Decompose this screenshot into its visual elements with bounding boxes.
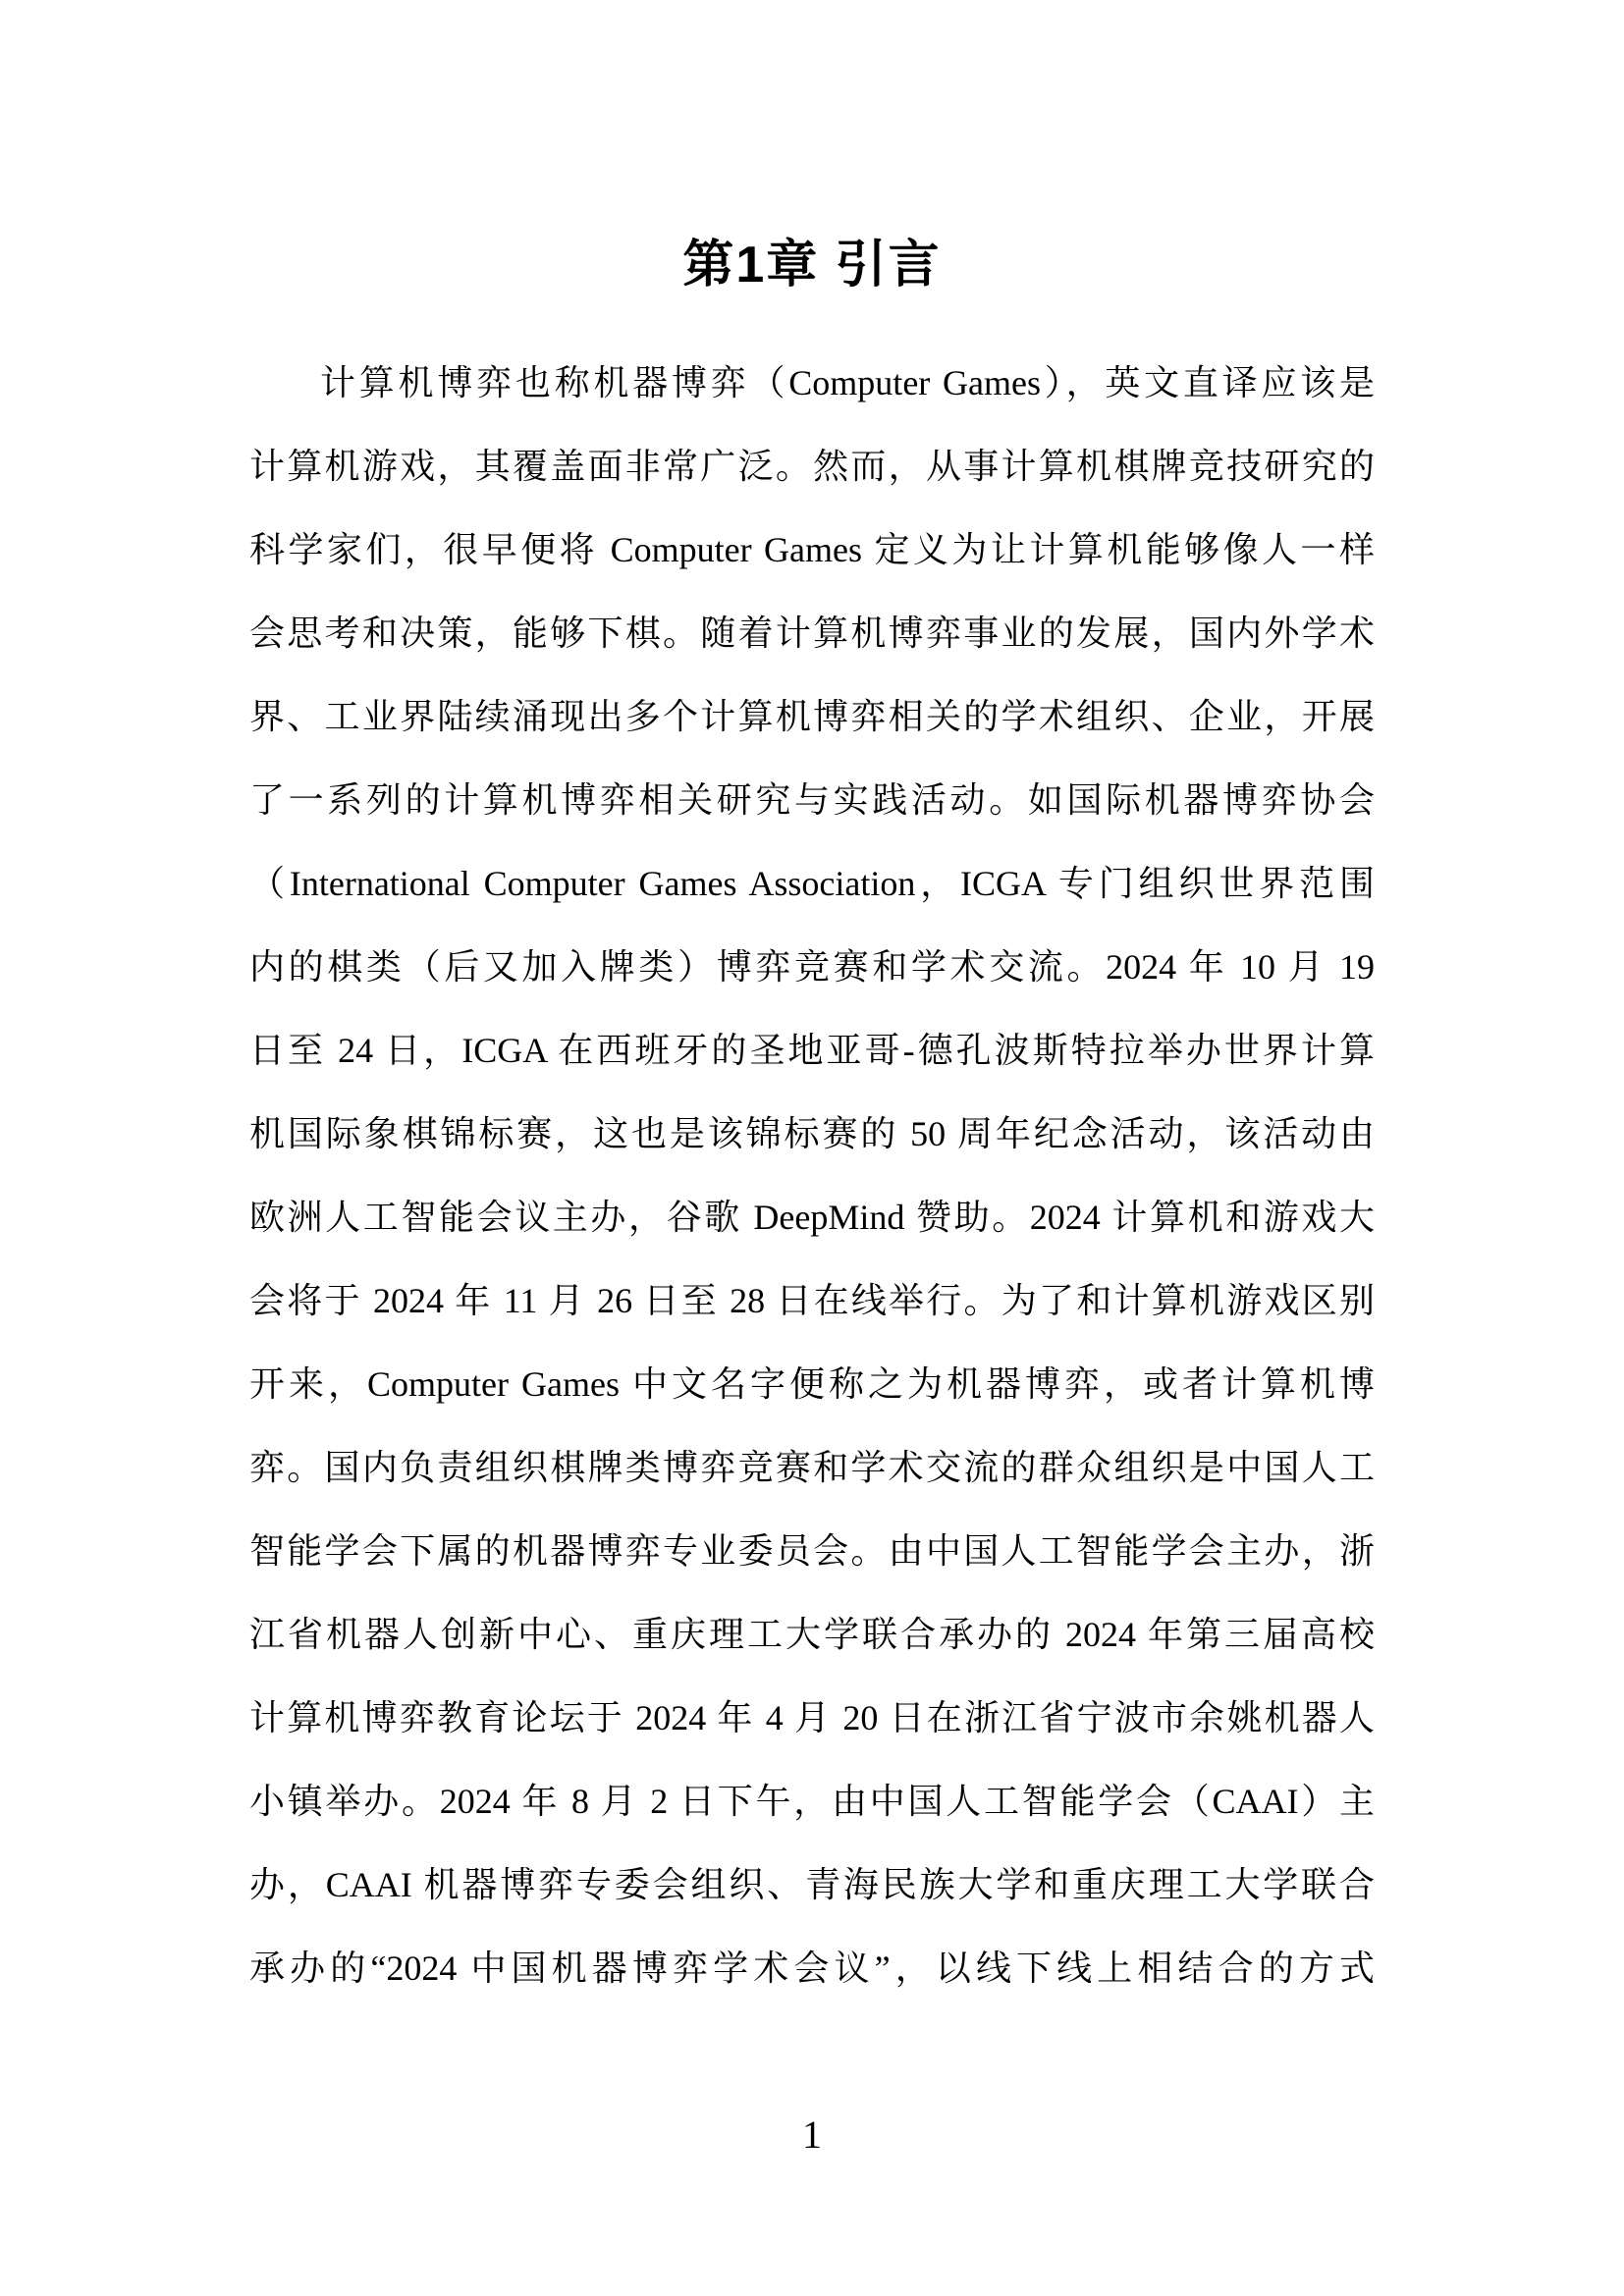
- text-line: 小镇举办。2024 年 8 月 2 日下午，由中国人工智能学会（CAAI）主: [249, 1760, 1375, 1843]
- body-paragraph: 计算机博弈也称机器博弈（Computer Games），英文直译应该是计算机游戏…: [249, 342, 1375, 2010]
- text-line: 计算机博弈也称机器博弈（Computer Games），英文直译应该是: [249, 342, 1375, 425]
- text-line: 会将于 2024 年 11 月 26 日至 28 日在线举行。为了和计算机游戏区…: [249, 1259, 1375, 1343]
- document-page: 第1章 引言 计算机博弈也称机器博弈（Computer Games），英文直译应…: [0, 0, 1624, 2296]
- text-line: 智能学会下属的机器博弈专业委员会。由中国人工智能学会主办，浙: [249, 1510, 1375, 1593]
- text-line: 计算机博弈教育论坛于 2024 年 4 月 20 日在浙江省宁波市余姚机器人: [249, 1677, 1375, 1760]
- text-line: 承办的“2024 中国机器博弈学术会议”，以线下线上相结合的方式: [249, 1927, 1375, 2010]
- text-line: 科学家们，很早便将 Computer Games 定义为让计算机能够像人一样: [249, 508, 1375, 592]
- text-line: 机国际象棋锦标赛，这也是该锦标赛的 50 周年纪念活动，该活动由: [249, 1093, 1375, 1176]
- page-number: 1: [0, 2106, 1624, 2164]
- text-line: （International Computer Games Associatio…: [249, 842, 1375, 926]
- text-line: 开来，Computer Games 中文名字便称之为机器博弈，或者计算机博: [249, 1343, 1375, 1426]
- text-line: 计算机游戏，其覆盖面非常广泛。然而，从事计算机棋牌竞技研究的: [249, 425, 1375, 508]
- text-line: 弈。国内负责组织棋牌类博弈竞赛和学术交流的群众组织是中国人工: [249, 1426, 1375, 1510]
- text-line: 界、工业界陆续涌现出多个计算机博弈相关的学术组织、企业，开展: [249, 675, 1375, 759]
- text-line: 了一系列的计算机博弈相关研究与实践活动。如国际机器博弈协会: [249, 759, 1375, 842]
- text-line: 日至 24 日，ICGA 在西班牙的圣地亚哥-德孔波斯特拉举办世界计算: [249, 1009, 1375, 1093]
- text-line: 办，CAAI 机器博弈专委会组织、青海民族大学和重庆理工大学联合: [249, 1843, 1375, 1927]
- text-line: 内的棋类（后又加入牌类）博弈竞赛和学术交流。2024 年 10 月 19: [249, 926, 1375, 1009]
- chapter-title: 第1章 引言: [0, 229, 1624, 302]
- text-line: 会思考和决策，能够下棋。随着计算机博弈事业的发展，国内外学术: [249, 592, 1375, 675]
- text-line: 江省机器人创新中心、重庆理工大学联合承办的 2024 年第三届高校: [249, 1593, 1375, 1677]
- text-line: 欧洲人工智能会议主办，谷歌 DeepMind 赞助。2024 计算机和游戏大: [249, 1176, 1375, 1259]
